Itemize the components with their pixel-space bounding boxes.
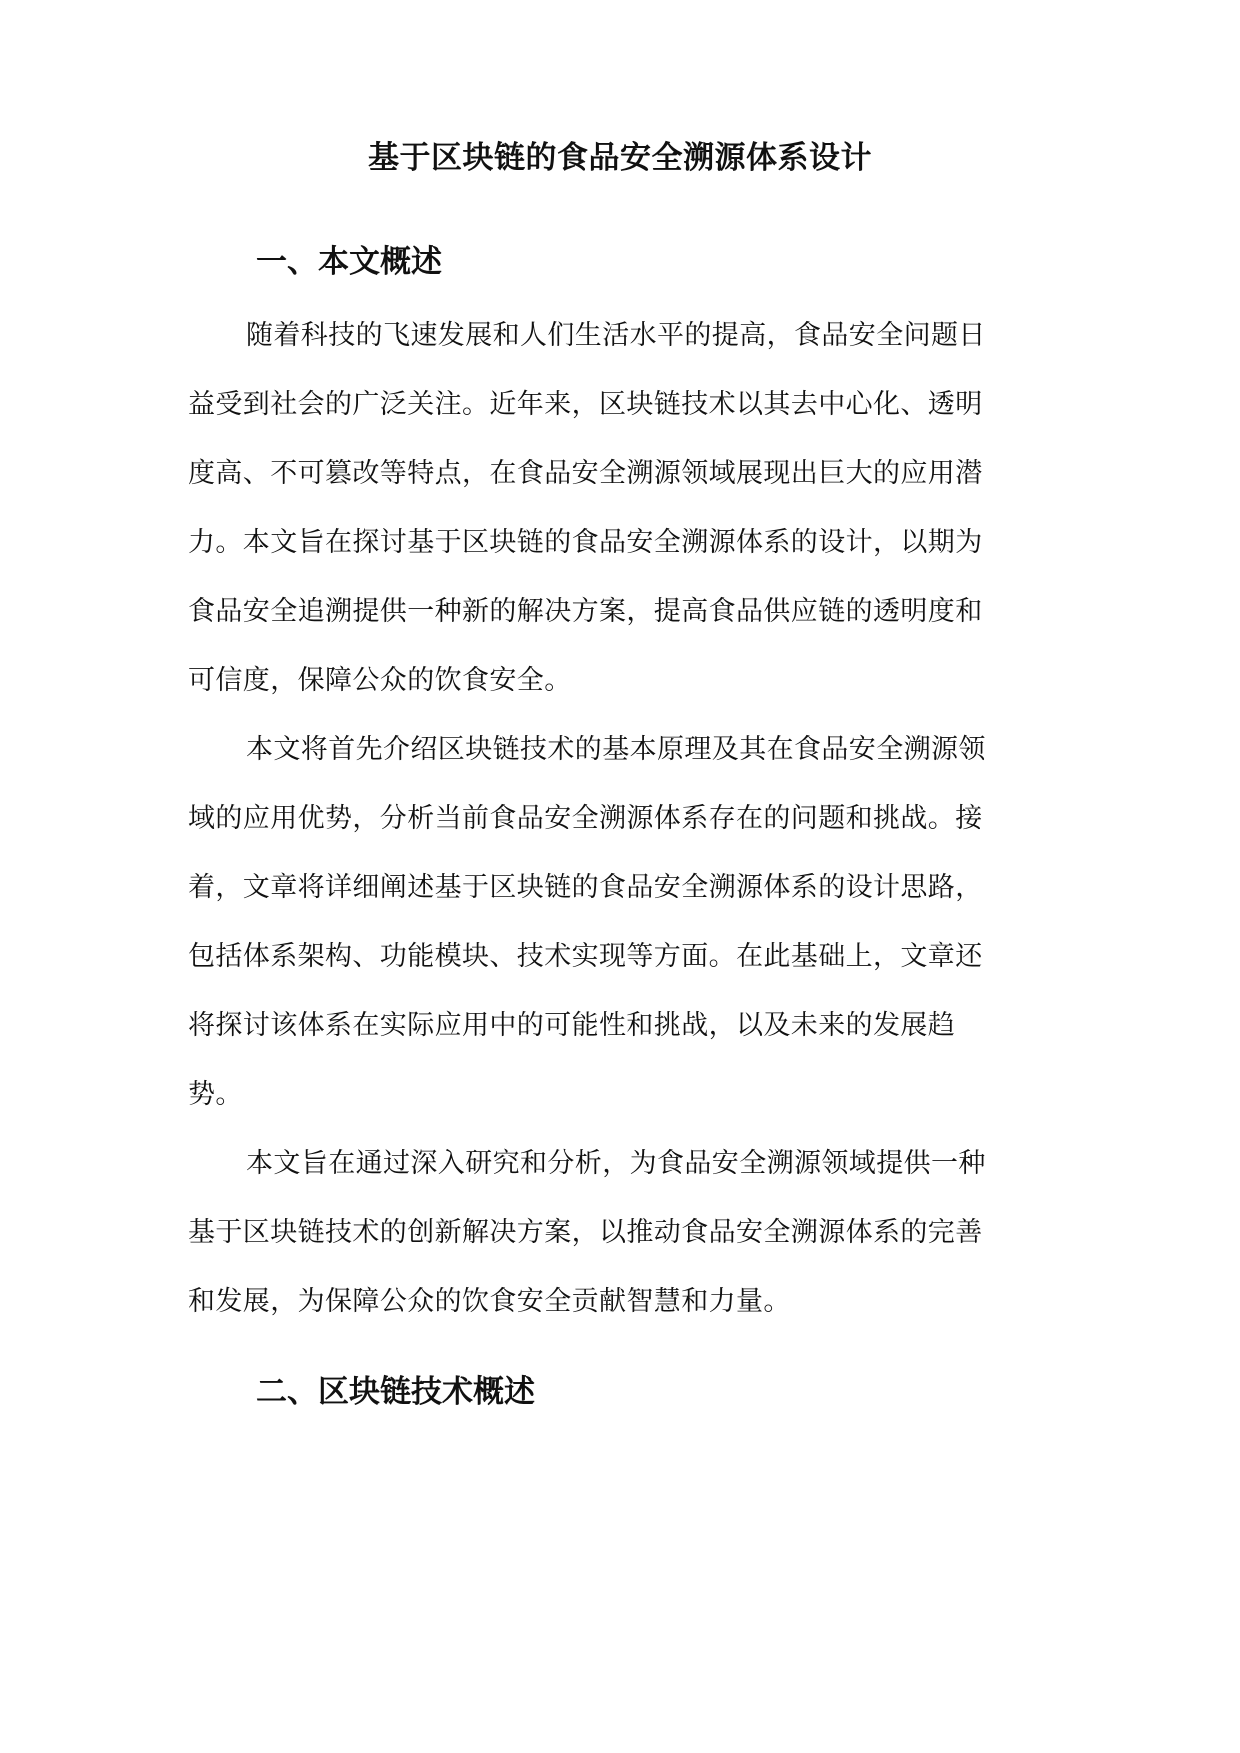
paragraph-2-line-3: 着，文章将详细阐述基于区块链的食品安全溯源体系的设计思路， xyxy=(188,870,1048,906)
paragraph-3-line-2: 基于区块链技术的创新解决方案，以推动食品安全溯源体系的完善 xyxy=(188,1215,1048,1251)
paragraph-1-line-3: 度高、不可篡改等特点，在食品安全溯源领域展现出巨大的应用潜 xyxy=(188,456,1048,492)
paragraph-1-line-4: 力。本文旨在探讨基于区块链的食品安全溯源体系的设计，以期为 xyxy=(188,525,1048,561)
paragraph-2-line-2: 域的应用优势，分析当前食品安全溯源体系存在的问题和挑战。接 xyxy=(188,801,1048,837)
paragraph-3-line-1: 本文旨在通过深入研究和分析，为食品安全溯源领域提供一种 xyxy=(246,1146,1106,1182)
paragraph-3-line-3: 和发展，为保障公众的饮食安全贡献智慧和力量。 xyxy=(188,1284,1048,1320)
paragraph-2-line-6: 势。 xyxy=(188,1077,1048,1113)
document-page: 基于区块链的食品安全溯源体系设计 一、本文概述 随着科技的飞速发展和人们生活水平… xyxy=(0,0,1240,1753)
paragraph-2-line-1: 本文将首先介绍区块链技术的基本原理及其在食品安全溯源领 xyxy=(246,732,1106,768)
document-title: 基于区块链的食品安全溯源体系设计 xyxy=(0,138,1240,178)
paragraph-1-line-6: 可信度，保障公众的饮食安全。 xyxy=(188,663,1048,699)
paragraph-1-line-5: 食品安全追溯提供一种新的解决方案，提高食品供应链的透明度和 xyxy=(188,594,1048,630)
section-heading-2: 二、区块链技术概述 xyxy=(256,1372,535,1412)
section-heading-1: 一、本文概述 xyxy=(256,242,442,282)
paragraph-1-line-1: 随着科技的飞速发展和人们生活水平的提高，食品安全问题日 xyxy=(246,318,1106,354)
paragraph-1-line-2: 益受到社会的广泛关注。近年来，区块链技术以其去中心化、透明 xyxy=(188,387,1048,423)
paragraph-2-line-5: 将探讨该体系在实际应用中的可能性和挑战，以及未来的发展趋 xyxy=(188,1008,1048,1044)
paragraph-2-line-4: 包括体系架构、功能模块、技术实现等方面。在此基础上，文章还 xyxy=(188,939,1048,975)
